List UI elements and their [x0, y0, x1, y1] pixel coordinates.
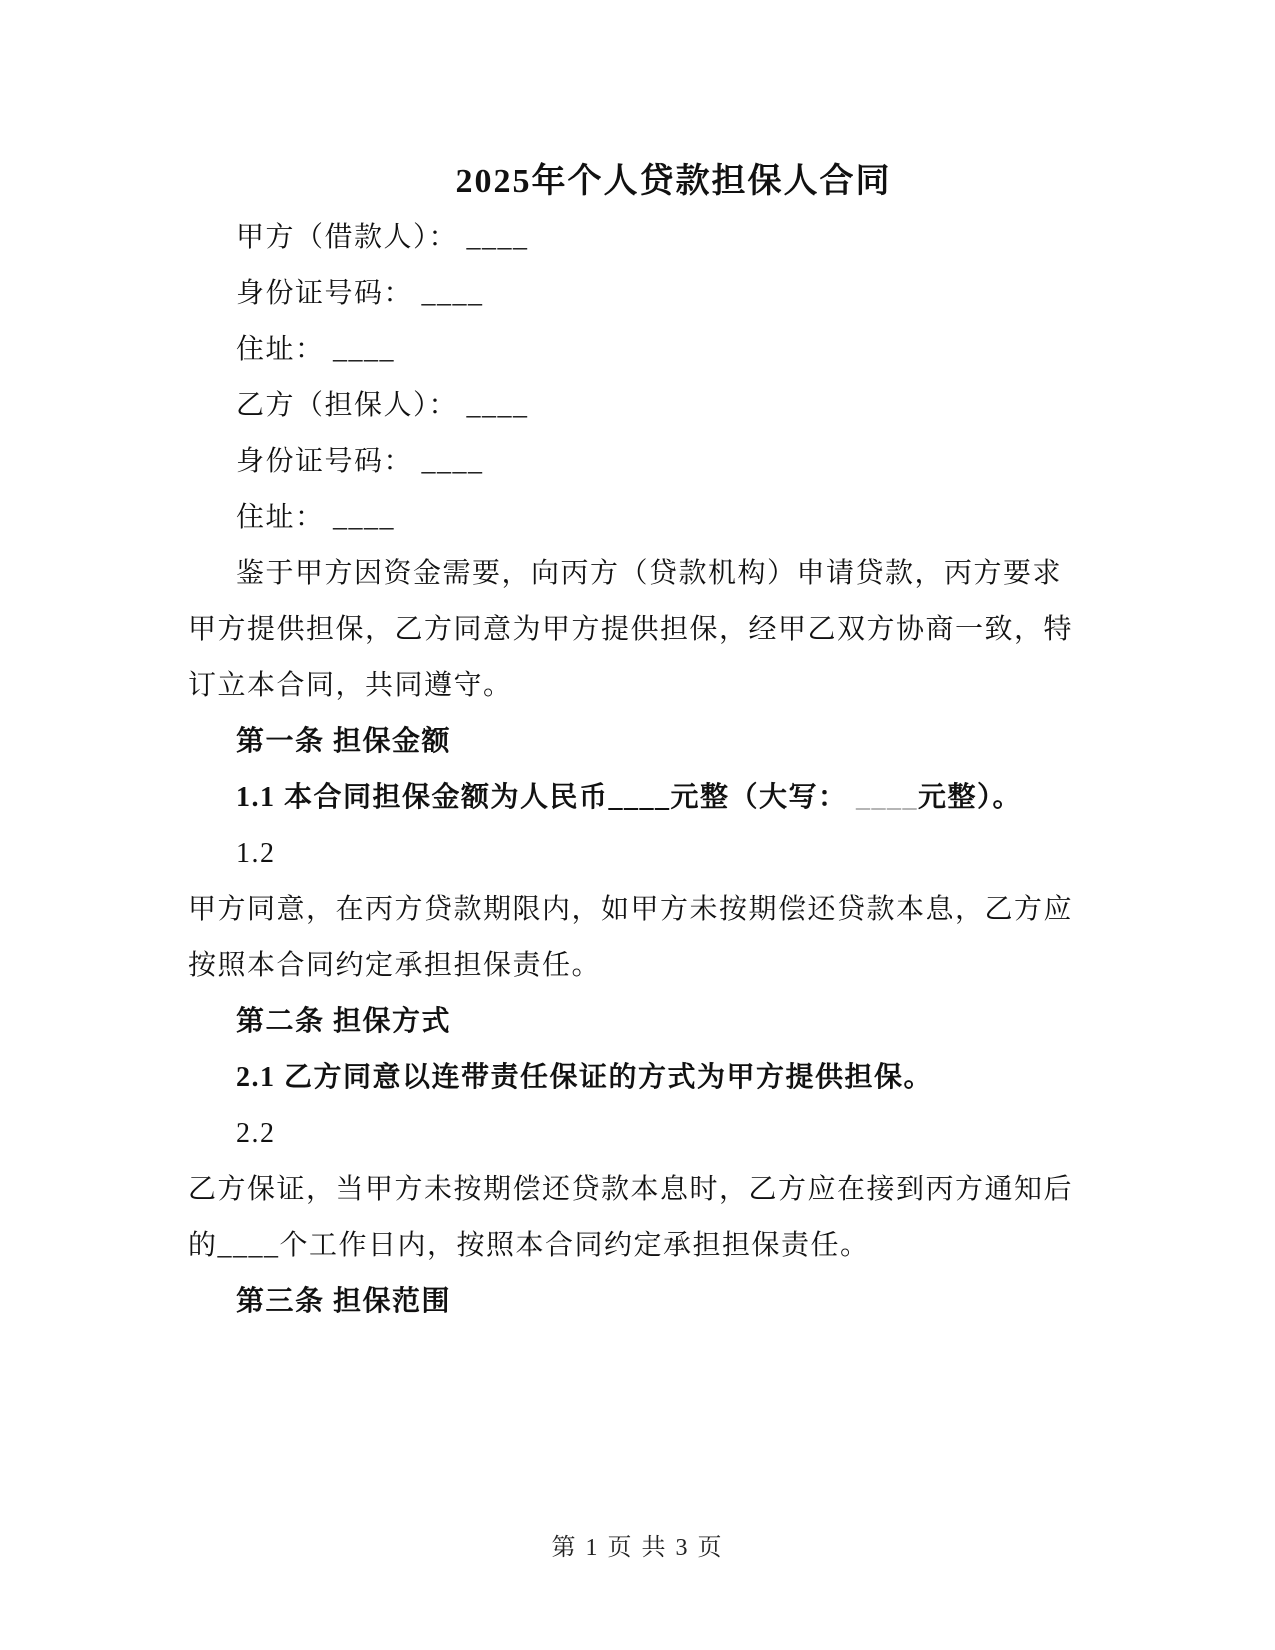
party-a-id-line: 身份证号码： ____: [188, 266, 1087, 322]
party-b-id-line: 身份证号码： ____: [188, 434, 1087, 490]
clause-1-1-text-b: 元整（大写：: [671, 782, 857, 813]
preamble-line-2: 甲方提供担保，乙方同意为甲方提供担保，经甲乙双方协商一致，特: [188, 602, 1087, 658]
preamble-line-1: 鉴于甲方因资金需要，向丙方（贷款机构）申请贷款，丙方要求: [188, 546, 1087, 602]
section-1-heading: 第一条 担保金额: [188, 714, 1087, 770]
section-2-heading: 第二条 担保方式: [188, 994, 1087, 1050]
page-footer: 第 1 页 共 3 页: [0, 1528, 1275, 1568]
clause-1-2-line-2: 按照本合同约定承担担保责任。: [188, 938, 1087, 994]
party-a-line: 甲方（借款人）： ____: [188, 210, 1087, 266]
clause-2-1-line: 2.1 乙方同意以连带责任保证的方式为甲方提供担保。: [188, 1050, 1087, 1106]
amount-capital-blank: ____: [856, 782, 918, 813]
clause-1-1-text-a: 1.1 本合同担保金额为人民币: [236, 782, 609, 813]
clause-1-1-line: 1.1 本合同担保金额为人民币____元整（大写： ____元整）。: [188, 770, 1087, 826]
clause-2-2-number: 2.2: [188, 1106, 1087, 1162]
section-3-heading: 第三条 担保范围: [188, 1274, 1087, 1330]
document-body: 甲方（借款人）： ____ 身份证号码： ____ 住址： ____ 乙方（担保…: [0, 210, 1275, 1330]
contract-page: 2025年个人贷款担保人合同 甲方（借款人）： ____ 身份证号码： ____…: [0, 0, 1275, 1650]
clause-1-1-text-c: 元整）。: [918, 782, 1022, 813]
clause-1-2-line-1: 甲方同意，在丙方贷款期限内，如甲方未按期偿还贷款本息，乙方应: [188, 882, 1087, 938]
document-title: 2025年个人贷款担保人合同: [0, 0, 1275, 210]
clause-2-2-line-2: 的____个工作日内，按照本合同约定承担担保责任。: [188, 1218, 1087, 1274]
party-a-address-line: 住址： ____: [188, 322, 1087, 378]
clause-1-2-number: 1.2: [188, 826, 1087, 882]
party-b-address-line: 住址： ____: [188, 490, 1087, 546]
clause-2-2-line-1: 乙方保证，当甲方未按期偿还贷款本息时，乙方应在接到丙方通知后: [188, 1162, 1087, 1218]
amount-blank: ____: [609, 782, 671, 813]
party-b-line: 乙方（担保人）： ____: [188, 378, 1087, 434]
preamble-line-3: 订立本合同，共同遵守。: [188, 658, 1087, 714]
